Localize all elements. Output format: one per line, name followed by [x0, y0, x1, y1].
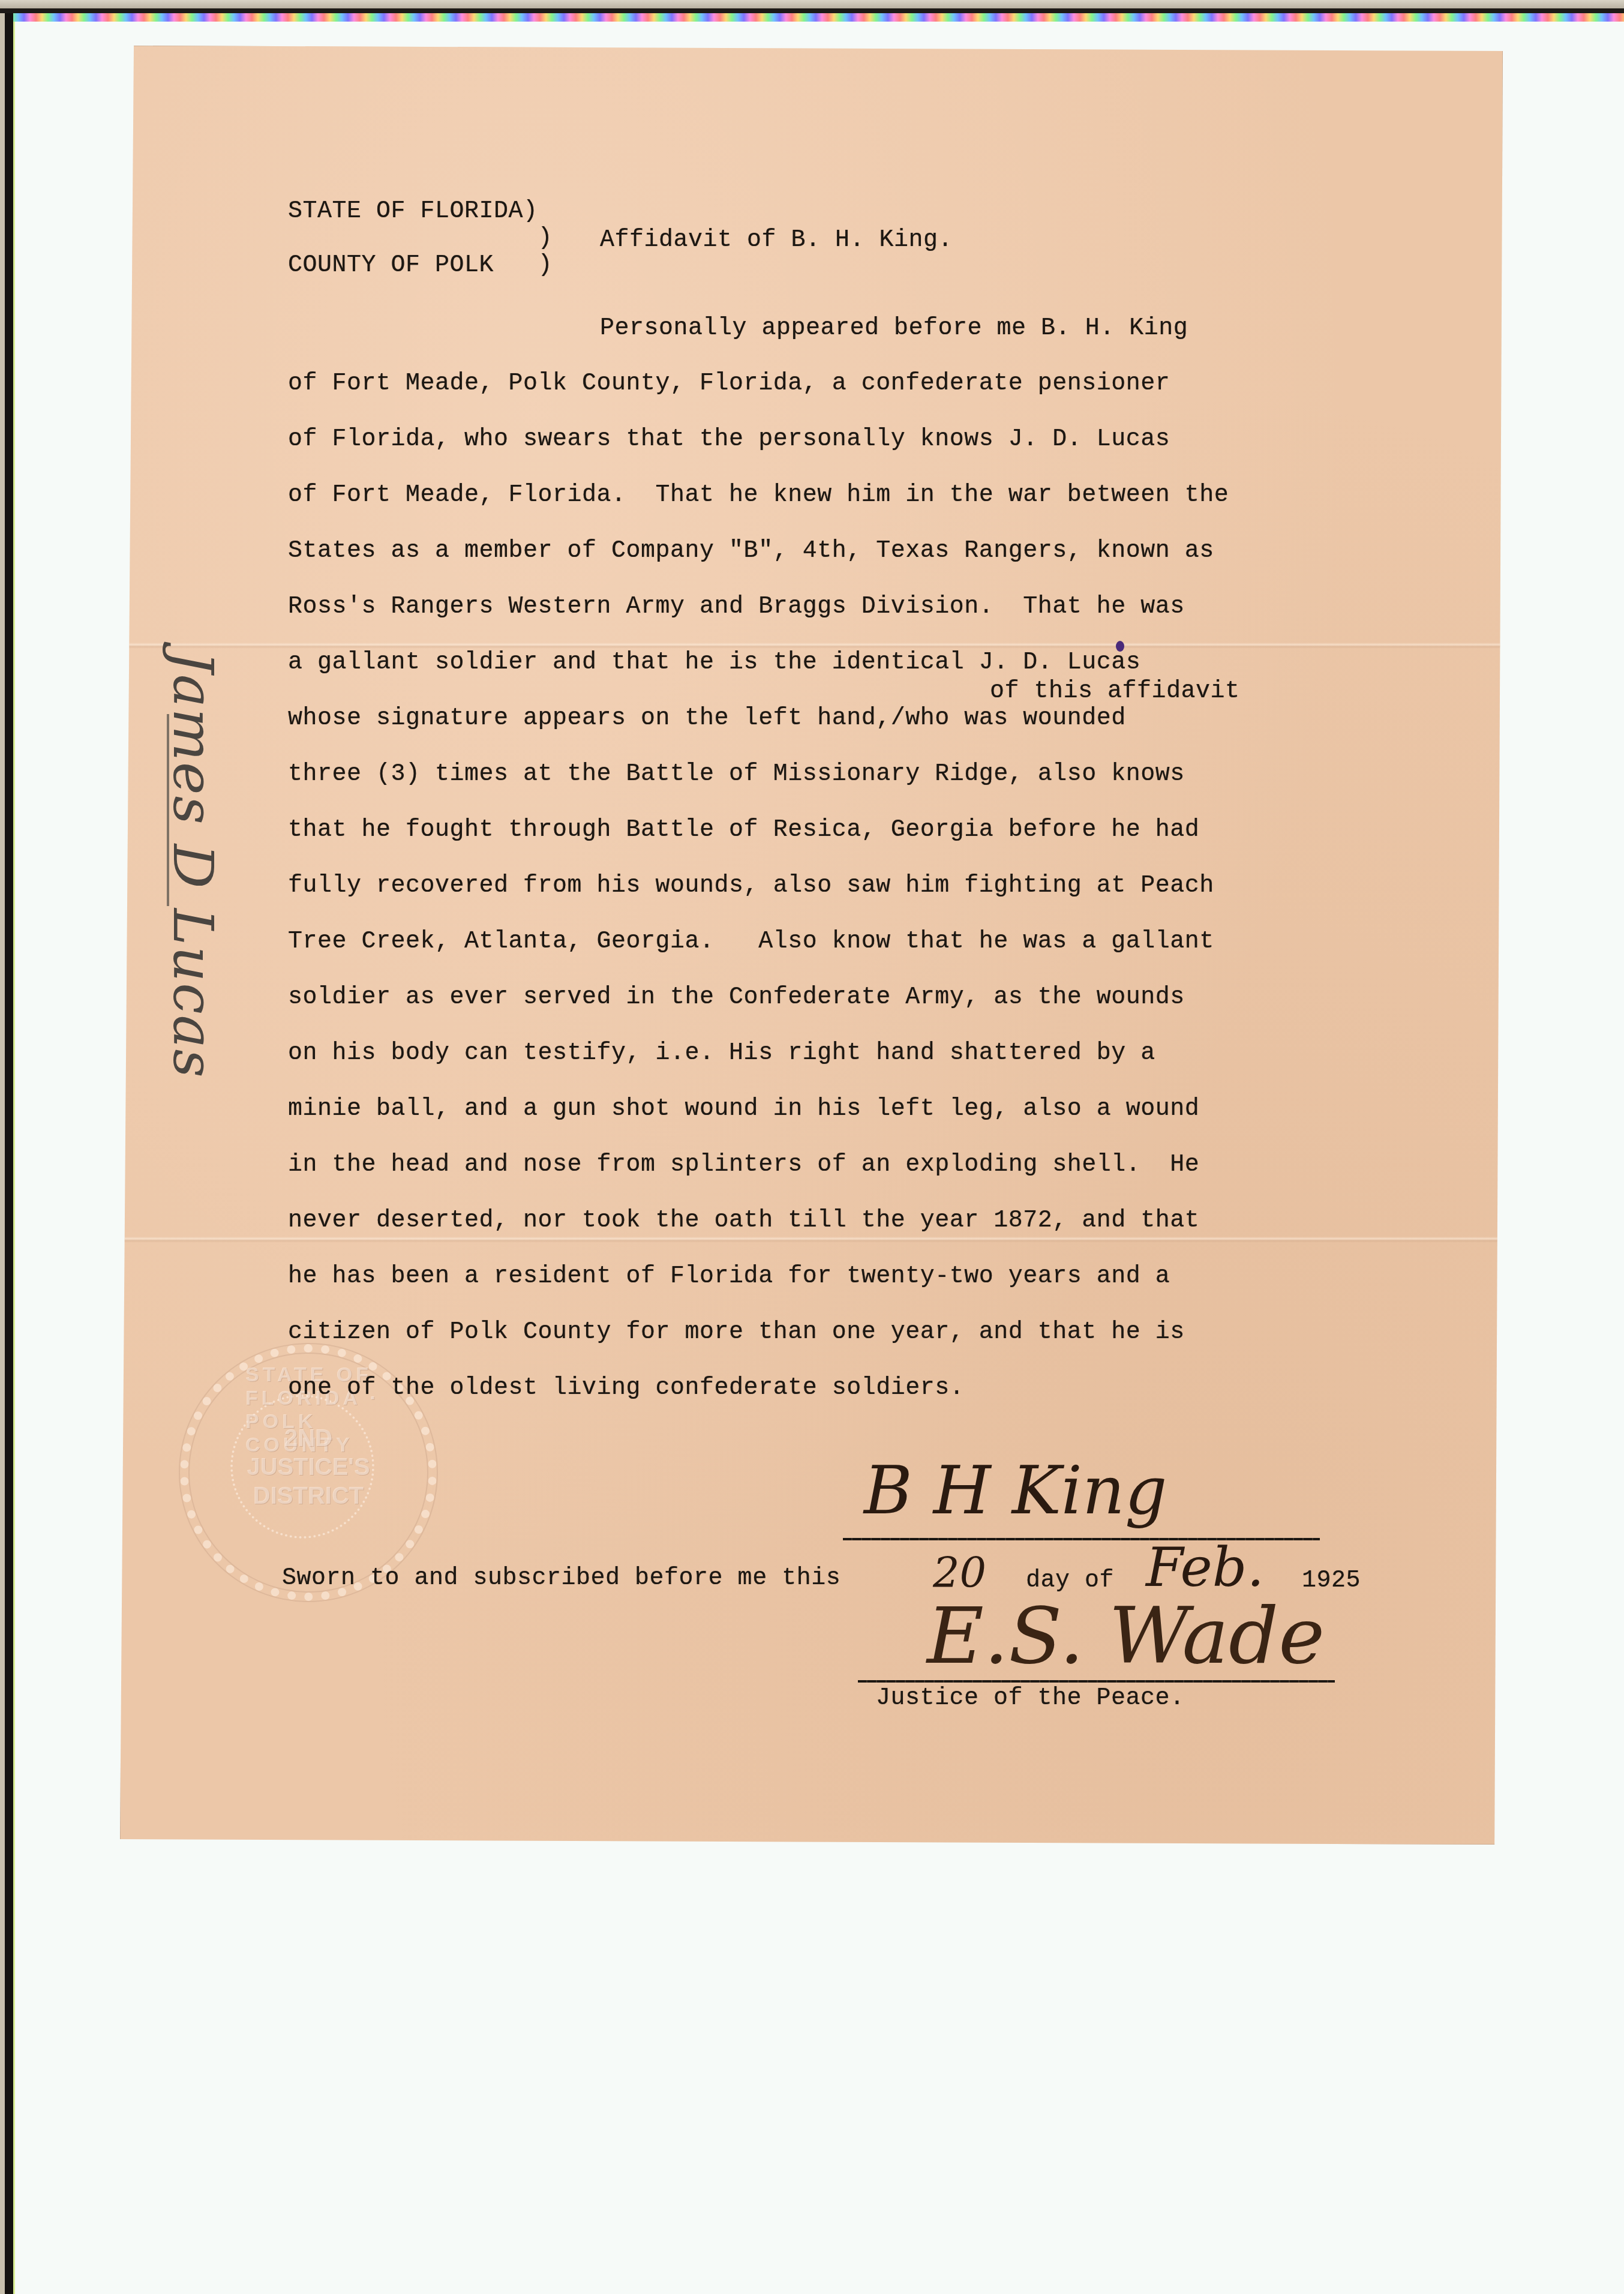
body-line: in the head and nose from splinters of a…: [288, 1152, 1199, 1179]
body-line: on his body can testify, i.e. His right …: [288, 1040, 1155, 1067]
official-title: Justice of the Peace.: [876, 1685, 1185, 1712]
body-line: that he fought through Battle of Resica,…: [288, 817, 1199, 844]
body-line: never deserted, nor took the oath till t…: [288, 1207, 1199, 1234]
paper-fold-lower: [120, 1237, 1503, 1243]
body-line: of Fort Meade, Florida. That he knew him…: [288, 482, 1229, 509]
body-line: Personally appeared before me B. H. King: [600, 315, 1188, 342]
body-line: fully recovered from his wounds, also sa…: [288, 872, 1214, 899]
body-line: whose signature appears on the left hand…: [288, 705, 1126, 732]
scanner-color-band: [0, 13, 1624, 22]
interlineation: of this affidavit: [990, 678, 1240, 705]
body-line: soldier as ever served in the Confederat…: [288, 984, 1185, 1011]
scanner-top-shadow: [0, 8, 1624, 13]
document-title: Affidavit of B. H. King.: [600, 227, 953, 254]
justice-signature: E.S. Wade: [927, 1590, 1325, 1681]
paper-fold-upper: [120, 643, 1503, 649]
justice-signature-line: [858, 1680, 1335, 1683]
body-line: citizen of Polk County for more than one…: [288, 1319, 1185, 1346]
scanner-top-edge: [0, 0, 1624, 8]
jurat-prefix: Sworn to and subscribed before me this: [282, 1565, 840, 1592]
body-line: three (3) times at the Battle of Mission…: [288, 761, 1185, 788]
body-line: of Fort Meade, Polk County, Florida, a c…: [288, 370, 1170, 397]
body-line: he has been a resident of Florida for tw…: [288, 1263, 1170, 1290]
seal-center-line-1: 2ND: [188, 1425, 428, 1452]
body-line: Ross's Rangers Western Army and Braggs D…: [288, 593, 1185, 620]
body-line: States as a member of Company "B", 4th, …: [288, 538, 1214, 565]
body-line: of Florida, who swears that the personal…: [288, 426, 1170, 453]
venue-county: COUNTY OF POLK ): [288, 252, 553, 279]
venue-state: STATE OF FLORIDA): [288, 198, 538, 225]
body-line: one of the oldest living confederate sol…: [288, 1375, 964, 1402]
body-line: minie ball, and a gun shot wound in his …: [288, 1096, 1199, 1123]
official-title-block: Justice of the Peace.: [0, 0, 29, 54]
ink-mark: [1116, 641, 1124, 652]
affiant-signature: B H King: [864, 1452, 1167, 1529]
venue-bracket: ): [288, 225, 553, 252]
seal-center-line-3: DISTRICT: [188, 1482, 428, 1510]
margin-signature-lucas: James D Lucas: [161, 651, 225, 1079]
seal-center-line-2: JUSTICE'S: [188, 1453, 428, 1481]
body-line: a gallant soldier and that he is the ide…: [288, 649, 1140, 676]
body-line: Tree Creek, Atlanta, Georgia. Also know …: [288, 928, 1214, 955]
